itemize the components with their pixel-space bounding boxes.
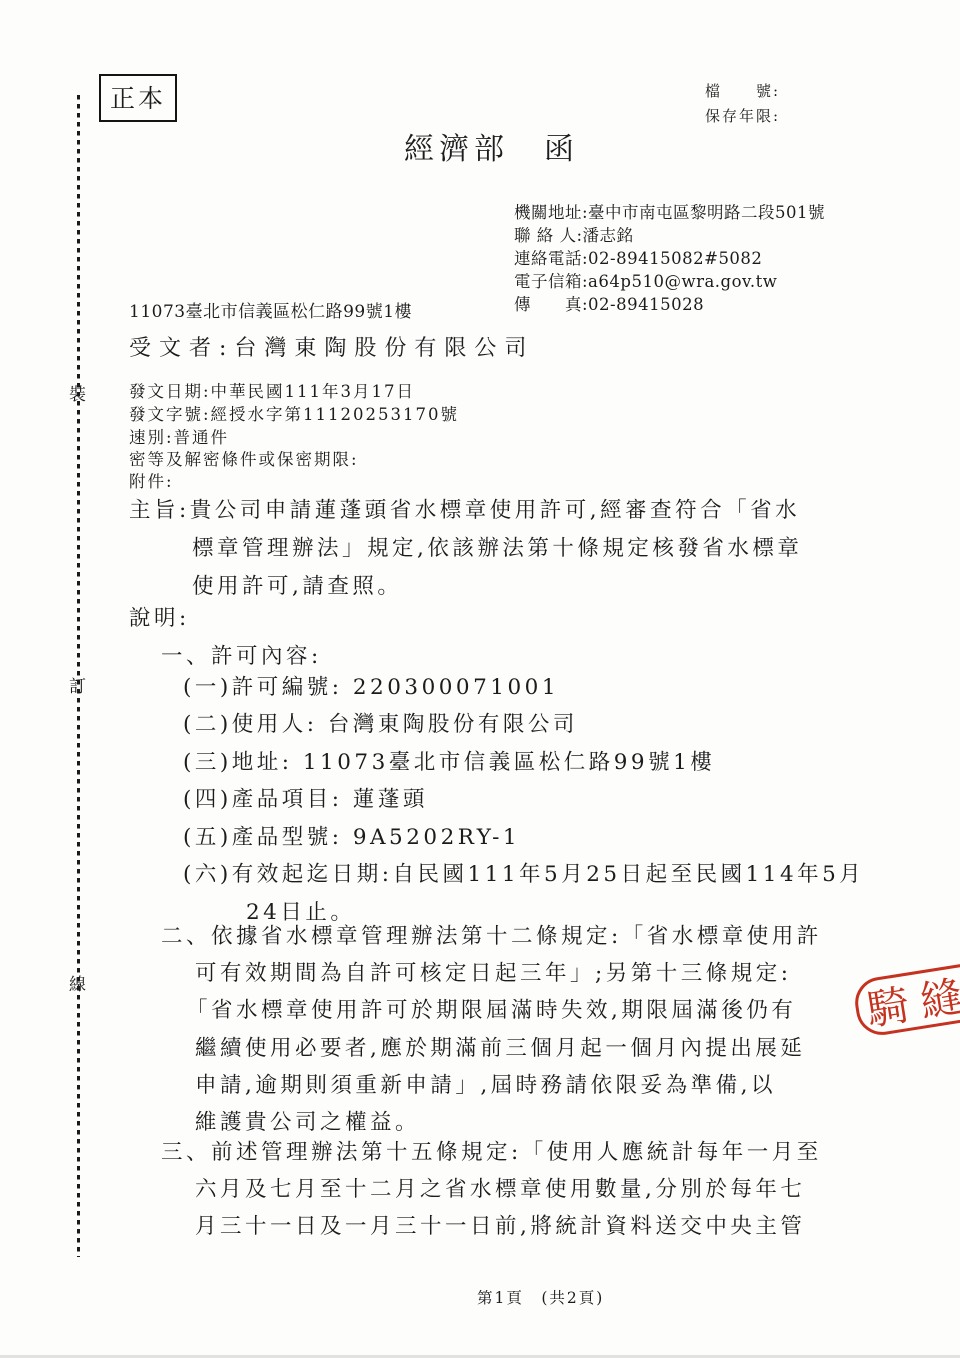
- subject-line: 主旨:貴公司申請蓮蓬頭省水標章使用許可,經審查符合「省水: [129, 499, 800, 524]
- section-1-heading: 一、許可內容:: [161, 645, 322, 670]
- section-2-line: 繼續使用必要者,應於期滿前三個月起一個月內提出展延: [195, 1037, 805, 1062]
- binding-mark-zhuang: 裝: [69, 386, 86, 406]
- agency-email: 電子信箱:a64p510@wra.gov.tw: [514, 273, 777, 292]
- section-2-line: 二、依據省水標章管理辦法第十二條規定:「省水標章使用許: [161, 925, 822, 950]
- agency-fax: 傳 真:02-89415028: [514, 296, 704, 315]
- permit-item: (五)產品型號: 9A5202RY-1: [183, 826, 520, 851]
- permit-item: (三)地址: 11073臺北市信義區松仁路99號1樓: [183, 751, 715, 776]
- section-2-line: 「省水標章使用許可於期限屆滿時失效,期限屆滿後仍有: [186, 999, 796, 1024]
- document-page: 裝 訂 線 正本 檔 號: 保存年限: 經濟部 函 機關地址:臺中市南屯區黎明路…: [0, 0, 960, 1358]
- recipient-address: 11073臺北市信義區松仁路99號1樓: [129, 297, 412, 322]
- page-number: 第1頁 (共2頁): [477, 1286, 604, 1308]
- seam-seal-stamp-text: 騎縫: [862, 962, 960, 1038]
- issue-date: 發文日期:中華民國111年3月17日: [129, 383, 415, 402]
- security-class: 密等及解密條件或保密期限:: [129, 451, 359, 470]
- subject-line: 使用許可,請查照。: [192, 575, 402, 600]
- binding-mark-xian: 線: [69, 976, 86, 996]
- agency-phone: 連絡電話:02-89415082#5082: [514, 250, 762, 269]
- recipient-line: 受文者:台灣東陶股份有限公司: [129, 331, 534, 362]
- section-2-line: 申請,逾期則須重新申請」,屆時務請依限妥為準備,以: [195, 1074, 776, 1099]
- section-2-line: 可有效期間為自許可核定日起三年」;另第十三條規定:: [195, 962, 792, 987]
- permit-item: (二)使用人: 台灣東陶股份有限公司: [183, 713, 578, 738]
- binding-dotted-line: [77, 95, 80, 1257]
- explanation-label: 說明:: [129, 607, 190, 632]
- attachment-label: 附件:: [129, 473, 174, 492]
- subject-line: 標章管理辦法」規定,依該辦法第十條規定核發省水標章: [192, 537, 802, 562]
- agency-contact-person: 聯 絡 人:潘志銘: [514, 227, 634, 246]
- issue-number: 發文字號:經授水字第11120253170號: [129, 406, 459, 425]
- retention-period-label: 保存年限:: [705, 108, 780, 125]
- file-number-label: 檔 號:: [705, 83, 780, 100]
- copy-type-badge: 正本: [99, 74, 177, 122]
- binding-mark-ding: 訂: [69, 678, 86, 698]
- section-3-line: 三、前述管理辦法第十五條規定:「使用人應統計每年一月至: [161, 1141, 822, 1166]
- permit-item: (六)有效起迄日期:自民國111年5月25日起至民國114年5月: [183, 863, 864, 888]
- document-title: 經濟部 函: [404, 124, 579, 168]
- section-3-line: 月三十一日及一月三十一日前,將統計資料送交中央主管: [195, 1215, 805, 1240]
- permit-item-continuation: 24日止。: [246, 901, 355, 926]
- permit-item: (一)許可編號: 220300071001: [183, 676, 559, 701]
- section-2-line: 維護貴公司之權益。: [195, 1111, 420, 1136]
- permit-item: (四)產品項目: 蓮蓬頭: [183, 788, 428, 813]
- seam-seal-stamp: 騎縫: [851, 957, 960, 1039]
- speed-class: 速別:普通件: [129, 429, 229, 448]
- section-3-line: 六月及七月至十二月之省水標章使用數量,分別於每年七: [195, 1178, 805, 1203]
- agency-address: 機關地址:臺中市南屯區黎明路二段501號: [514, 204, 825, 223]
